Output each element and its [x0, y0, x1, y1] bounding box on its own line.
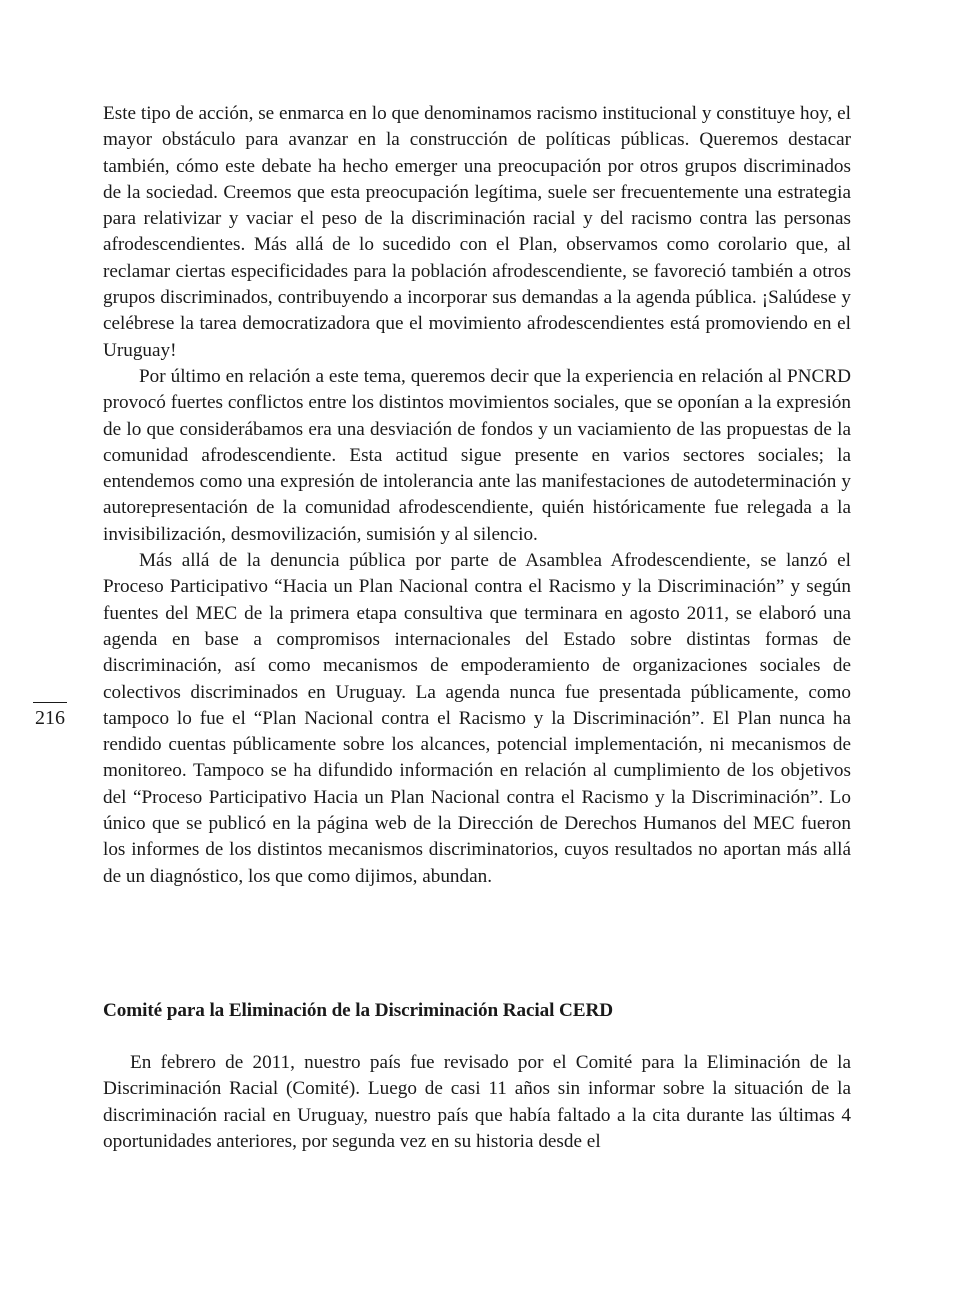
paragraph: En febrero de 2011, nuestro país fue rev… [103, 1050, 851, 1155]
page-number-rule [33, 702, 67, 703]
document-page: Este tipo de acción, se enmarca en lo qu… [0, 0, 964, 1304]
body-text-section-2: En febrero de 2011, nuestro país fue rev… [103, 1050, 851, 1155]
paragraph: Más allá de la denuncia pública por part… [103, 548, 851, 890]
paragraph: Por último en relación a este tema, quer… [103, 364, 851, 548]
section-heading: Comité para la Eliminación de la Discrim… [103, 998, 613, 1024]
page-number: 216 [32, 706, 68, 730]
body-text-section-1: Este tipo de acción, se enmarca en lo qu… [103, 101, 851, 890]
paragraph: Este tipo de acción, se enmarca en lo qu… [103, 101, 851, 364]
